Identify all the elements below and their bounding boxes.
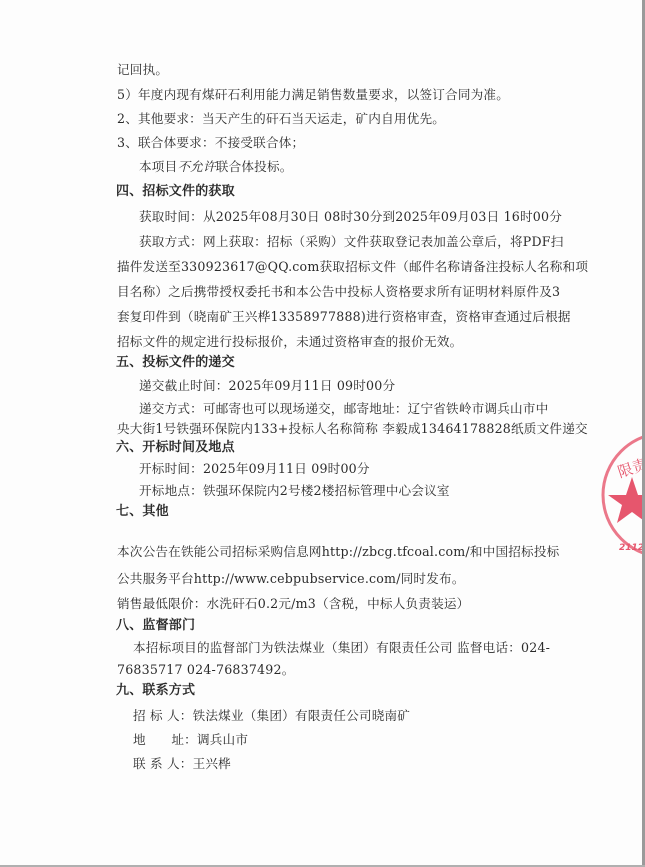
contact-row: 联 系 人：王兴桦 <box>133 756 231 772</box>
contact-value: 调兵山市 <box>197 732 248 747</box>
text-line: 76835717 024-76837492。 <box>117 662 295 678</box>
text-line: 递交截止时间：2025年09月11日 09时00分 <box>139 378 395 394</box>
text-line: 央大街1号铁强环保院内133+投标人名称简称 李毅成13464178828纸质文… <box>117 421 588 437</box>
contact-value: 铁法煤业（集团）有限责任公司晓南矿 <box>193 708 411 723</box>
text-line: 获取时间：从2025年08月30日 08时30分到2025年09月03日 16时… <box>139 209 562 225</box>
text-line: 递交方式：可邮寄也可以现场递交，邮寄地址：辽宁省铁岭市调兵山市中 <box>139 401 548 417</box>
text-line: 本招标项目的监督部门为铁法煤业（集团）有限责任公司 监督电话：024- <box>133 640 550 656</box>
text-segment: 联合体投标。 <box>216 159 293 174</box>
stamp-number: 2112 <box>619 543 644 553</box>
section-heading: 七、其他 <box>116 504 169 520</box>
contact-value: 王兴桦 <box>193 756 231 771</box>
text-line: 本项目不允许联合体投标。 <box>139 159 293 175</box>
text-line: 5）年度内现有煤矸石利用能力满足销售数量要求，以签订合同为准。 <box>117 87 509 103</box>
text-line: 招标文件的规定进行投标报价，未通过资格审查的报价无效。 <box>117 334 462 350</box>
contact-label: 招 标 人： <box>133 708 193 724</box>
contact-label: 地 址： <box>133 732 197 748</box>
contact-row: 招 标 人：铁法煤业（集团）有限责任公司晓南矿 <box>133 708 410 724</box>
text-line: 2、其他要求：当天产生的矸石当天运走，矿内自用优先。 <box>117 111 445 127</box>
italic-text: 不允许 <box>177 159 215 174</box>
text-line: 描件发送至330923617@QQ.com获取招标文件（邮件名称请备注投标人名称… <box>117 259 588 275</box>
text-line: 本次公告在铁能公司招标采购信息网http://zbcg.tfcoal.com/和… <box>117 544 559 560</box>
text-line: 开标地点：铁强环保院内2号楼2楼招标管理中心会议室 <box>139 483 450 499</box>
contact-label: 联 系 人： <box>133 756 193 772</box>
section-heading: 四、招标文件的获取 <box>116 184 235 200</box>
section-heading: 六、开标时间及地点 <box>116 440 235 456</box>
text-line: 3、联合体要求：不接受联合体； <box>117 135 304 151</box>
text-line: 套复印件到（晓南矿王兴桦13358977888)进行资格审查，资格审查通过后根据 <box>117 309 571 325</box>
text-line: 销售最低限价：水洗矸石0.2元/m3（含税，中标人负责装运） <box>117 596 469 612</box>
text-line: 获取方式：网上获取：招标（采购）文件获取登记表加盖公章后，将PDF扫 <box>139 234 564 250</box>
text-line: 记回执。 <box>117 62 168 78</box>
section-heading: 五、投标文件的递交 <box>116 355 235 371</box>
text-segment: 本项目 <box>139 159 177 174</box>
section-heading: 八、监督部门 <box>116 618 195 634</box>
section-heading: 九、联系方式 <box>116 683 195 699</box>
official-seal-stamp: 限责任 2112 <box>595 425 645 565</box>
text-line: 目名称）之后携带授权委托书和本公告中投标人资格要求所有证明材料原件及3 <box>117 284 560 300</box>
text-line: 公共服务平台http://www.cebpubservice.com/同时发布。 <box>117 571 465 587</box>
text-line: 开标时间：2025年09月11日 09时00分 <box>139 461 370 477</box>
document-page: 记回执。 5）年度内现有煤矸石利用能力满足销售数量要求，以签订合同为准。 2、其… <box>0 0 642 864</box>
star-icon <box>608 477 645 523</box>
contact-row: 地 址：调兵山市 <box>133 732 248 748</box>
